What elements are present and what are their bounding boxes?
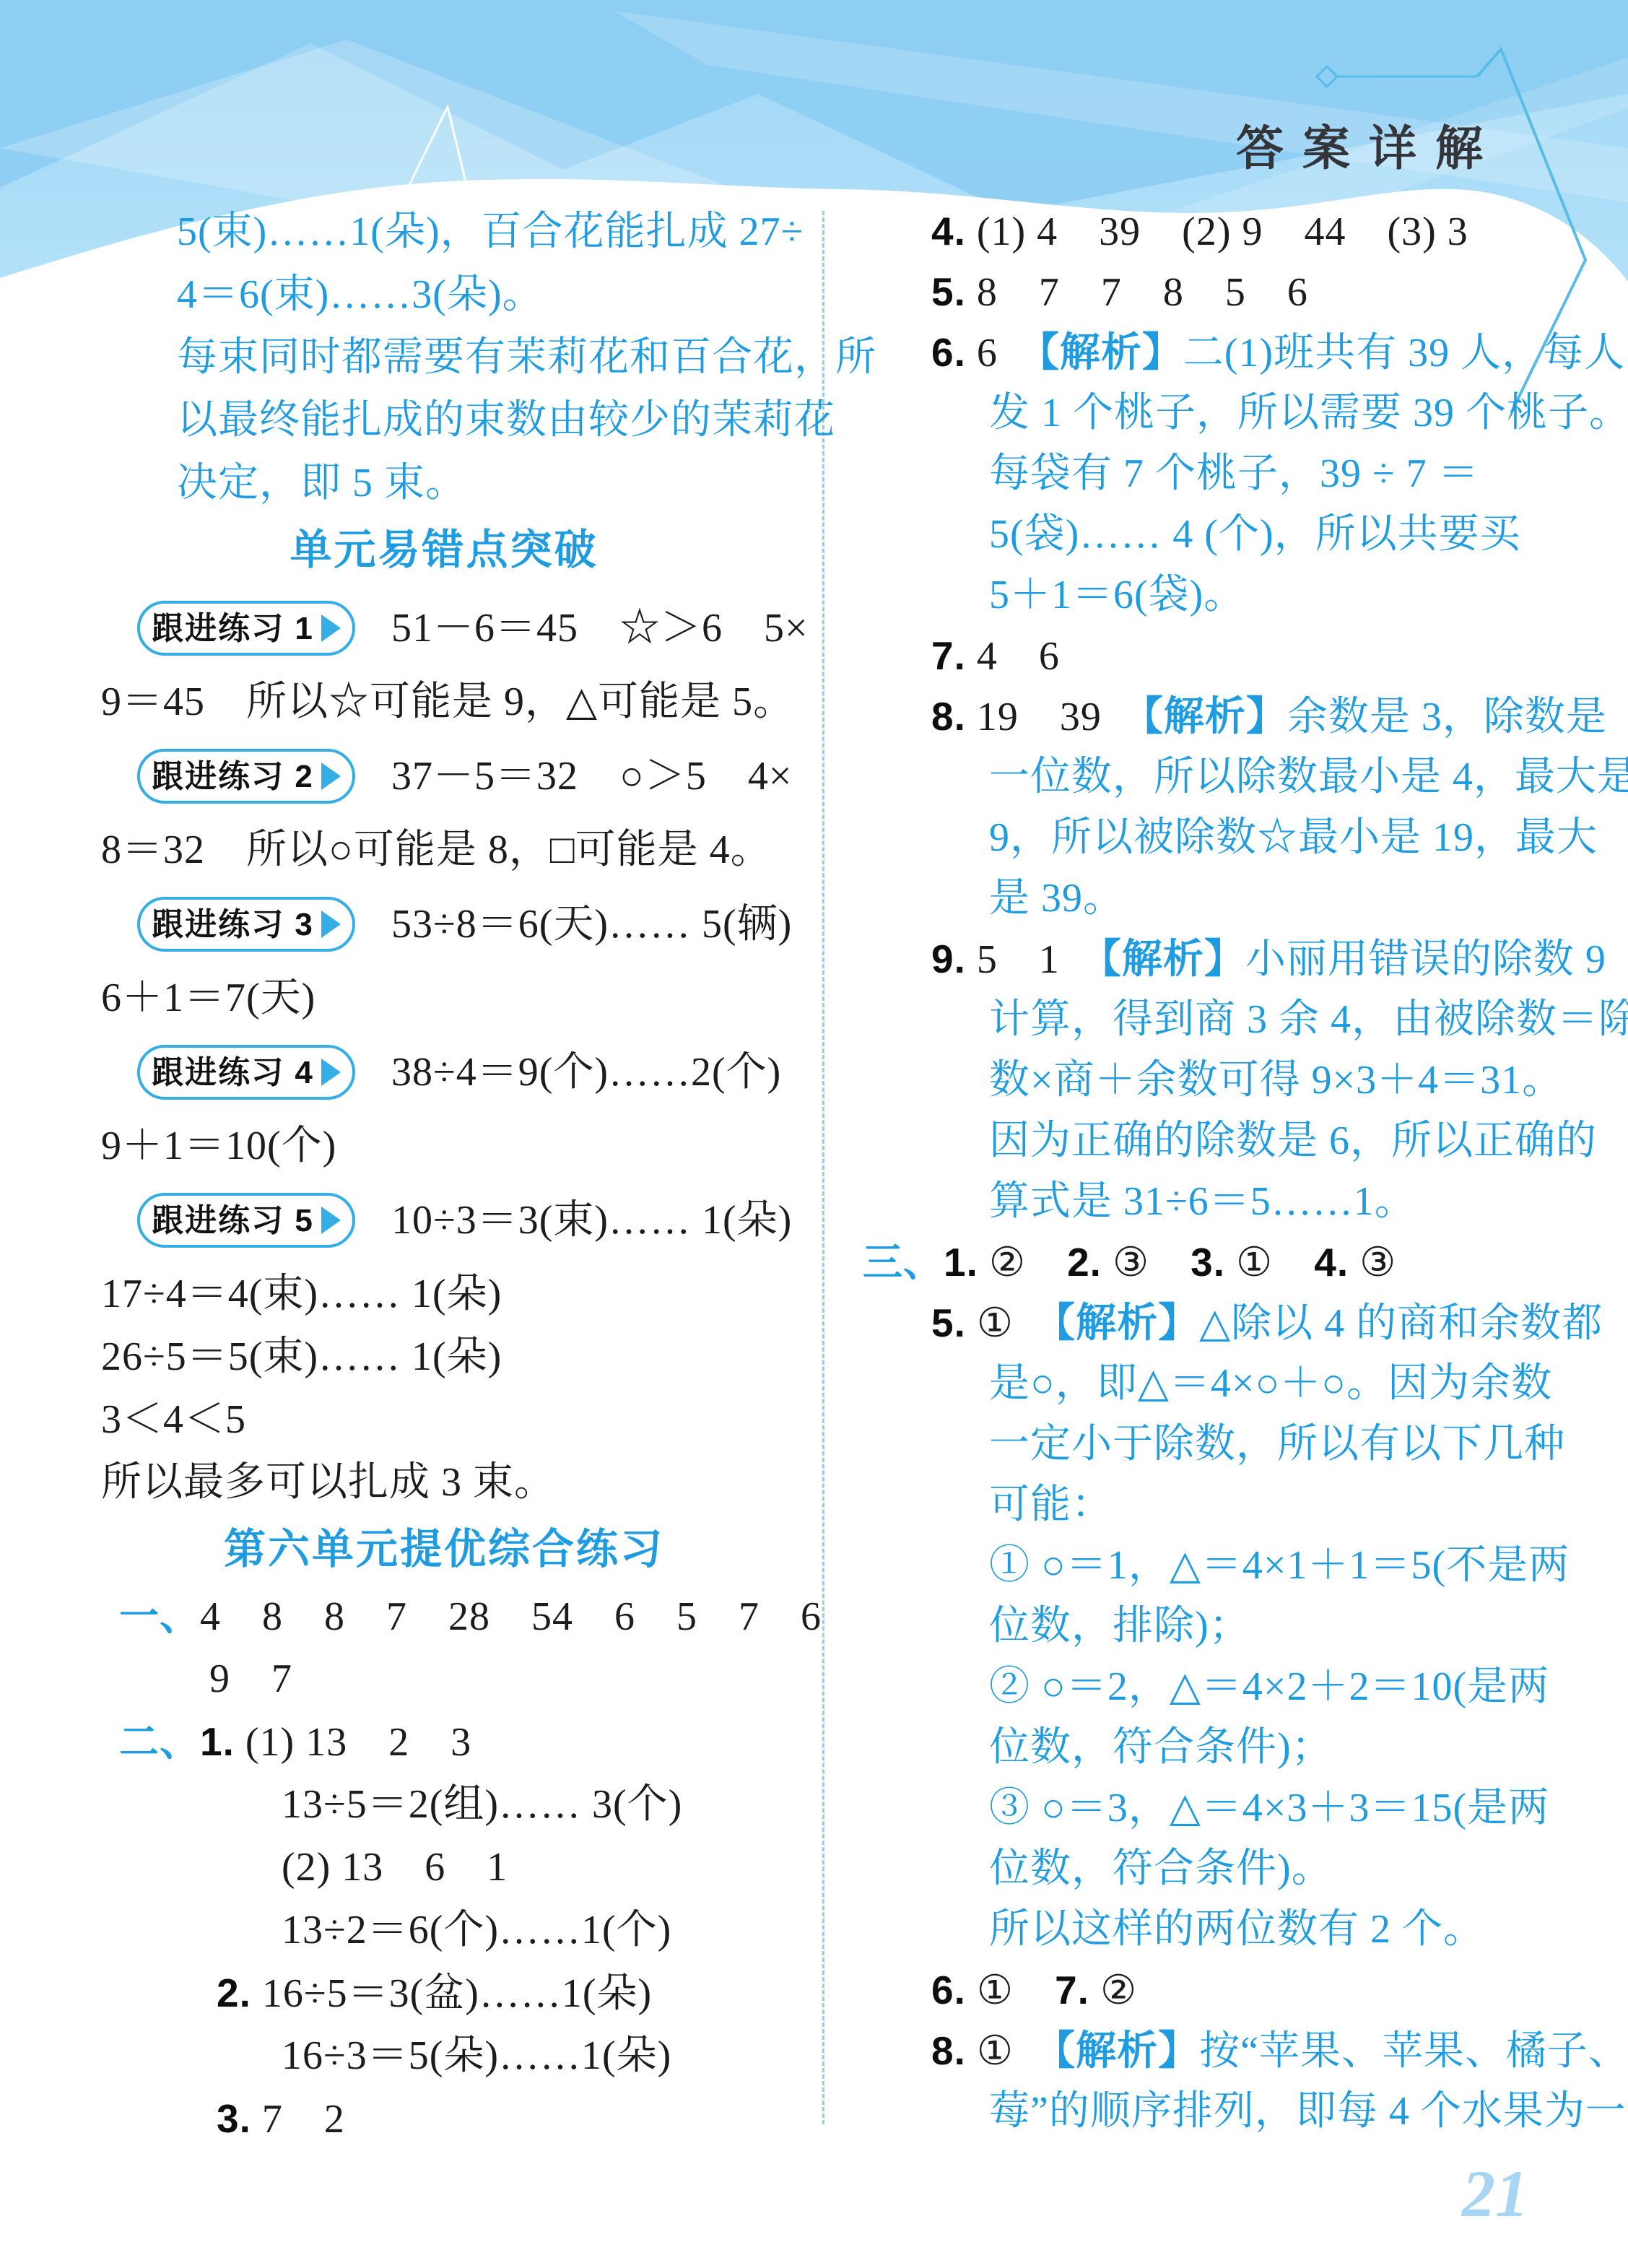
answer-text-segment: 9，所以被除数☆最小是 19，最大: [989, 815, 1598, 860]
answer-row: 所以最多可以扎成 3 束。: [101, 1451, 787, 1514]
practice-badge: 跟进练习 2: [137, 749, 355, 804]
answer-row: 9＋1＝10(个): [101, 1115, 787, 1178]
answer-text-segment: 位数，排除)；: [989, 1604, 1250, 1648]
answer-text-segment: 16÷5＝3(盆)……1(朵): [251, 1971, 652, 2016]
badge-answer-text: 37－5＝32 ○＞5 4×: [391, 745, 792, 808]
answer-text-segment: 4 6: [966, 634, 1060, 679]
answer-text-segment: 9＋1＝10(个): [101, 1124, 336, 1168]
answer-text-segment: 每束同时都需要有茉莉花和百合花，所: [177, 335, 876, 380]
answer-text-segment: 按“苹果、苹果、橘子、草: [1199, 2029, 1628, 2074]
answer-text-segment: 4＝6(束)……3(朵)。: [177, 272, 544, 317]
answer-row: 是○，即△＝4×○＋○。因为余数: [863, 1353, 1596, 1414]
answer-text-segment: 1.: [200, 1719, 235, 1764]
badge-answer-text: 53÷8＝6(天)…… 5(辆): [391, 893, 792, 956]
answer-text-segment: 6.: [931, 1968, 966, 2012]
answer-text-segment: ③ ○＝3，△＝4×3＋3＝15(是两: [989, 1786, 1549, 1830]
section-heading: 单元易错点突破: [101, 515, 787, 586]
answer-text-segment: 算式是 31÷6＝5……1。: [989, 1179, 1416, 1224]
answer-text-segment: 余数是 3，除数是: [1287, 695, 1607, 739]
answer-text-segment: 是 39。: [989, 876, 1124, 921]
badge-answer-text: 51－6＝45 ☆＞6 5×: [391, 597, 809, 660]
answer-text-segment: 4.: [1314, 1240, 1349, 1285]
answer-text-segment: 2.: [1067, 1240, 1102, 1285]
answer-row: 5(袋)…… 4 (个)，所以共要买: [863, 504, 1596, 565]
answer-text-segment: 13÷2＝6(个)……1(个): [282, 1908, 671, 1952]
practice-badge: 跟进练习 4: [137, 1045, 355, 1100]
answer-text-segment: 5(束)……1(朵)，百合花能扎成 27÷: [177, 209, 804, 254]
answer-text-segment: ③: [1349, 1241, 1396, 1285]
answer-row: 莓”的顺序排列，即每 4 个水果为一: [863, 2081, 1596, 2142]
answer-text-segment: ③: [1102, 1241, 1190, 1285]
answer-row: 所以这样的两位数有 2 个。: [863, 1899, 1596, 1960]
answer-text-segment: 因为正确的除数是 6，所以正确的: [989, 1118, 1597, 1163]
answer-text-segment: ①: [966, 2029, 1055, 2074]
answer-row: 9 7: [101, 1648, 787, 1711]
answer-row: 三、1. ② 2. ③ 3. ① 4. ③: [863, 1232, 1596, 1292]
answer-text-segment: 以最终能扎成的束数由较少的茉莉花: [177, 398, 835, 443]
answer-text-segment: 19 39: [966, 695, 1143, 739]
answer-text-segment: △除以 4 的商和余数都: [1199, 1301, 1603, 1346]
answer-text-segment: 【解析】: [1101, 937, 1245, 982]
answer-text-segment: 9 7: [209, 1656, 292, 1701]
answer-text-segment: 8＝32 所以○可能是 8，□可能是 4。: [101, 827, 772, 872]
answer-row: 一定小于除数，所以有以下几种: [863, 1414, 1596, 1474]
play-arrow-icon: [321, 762, 341, 790]
answer-text-segment: 6: [966, 331, 1039, 375]
answer-text-segment: 5(袋)…… 4 (个)，所以共要买: [989, 512, 1521, 557]
answer-row: 5. ① 【解析】△除以 4 的商和余数都: [863, 1292, 1596, 1353]
answer-text-segment: 可能：: [989, 1482, 1113, 1527]
answer-text-segment: 发 1 个桃子，所以需要 39 个桃子。: [989, 391, 1628, 435]
answer-row: 26÷5＝5(束)…… 1(朵): [101, 1326, 787, 1389]
answer-text-segment: 5.: [931, 269, 966, 314]
answer-text-segment: 8.: [931, 694, 966, 739]
answer-row: 13÷2＝6(个)……1(个): [101, 1899, 787, 1962]
answer-row: 计算，得到商 3 余 4，由被除数＝除: [863, 989, 1596, 1050]
answer-text-segment: 13÷5＝2(组)…… 3(个): [282, 1782, 682, 1827]
practice-badge: 跟进练习 5: [137, 1193, 355, 1248]
right-column: 4. (1) 4 39 (2) 9 44 (3) 35. 8 7 7 8 5 6…: [863, 201, 1596, 2142]
answer-text-segment: 26÷5＝5(束)…… 1(朵): [101, 1334, 502, 1379]
answer-row: 9. 5 1 【解析】小丽用错误的除数 9: [863, 929, 1596, 989]
answer-row: 7. 4 6: [863, 625, 1596, 686]
answer-text-segment: ①: [966, 1968, 1055, 2013]
answer-row: 一位数，所以除数最小是 4，最大是: [863, 747, 1596, 807]
answer-row: 位数，符合条件)。: [863, 1838, 1596, 1899]
answer-text-segment: 6.: [931, 330, 966, 375]
answer-text-segment: 决定，即 5 束。: [177, 461, 466, 505]
practice-badge-row: 跟进练习 438÷4＝9(个)……2(个): [101, 1030, 787, 1115]
answer-text-segment: 1.: [944, 1240, 978, 1285]
answer-text-segment: 3＜4＜5: [101, 1397, 246, 1442]
answer-row: 6. 6 【解析】二(1)班共有 39 人，每人: [863, 322, 1596, 383]
answer-text-segment: 一位数，所以除数最小是 4，最大是: [989, 755, 1628, 799]
answer-text-segment: 3.: [1190, 1240, 1225, 1285]
answer-row: 6＋1＝7(天): [101, 967, 787, 1030]
answer-row: 可能：: [863, 1474, 1596, 1535]
answer-text-segment: 9＝45 所以☆可能是 9，△可能是 5。: [101, 679, 794, 724]
answer-row: 5＋1＝6(袋)。: [863, 565, 1596, 625]
answer-text-segment: 16÷3＝5(朵)……1(朵): [282, 2033, 671, 2078]
practice-badge-row: 跟进练习 237－5＝32 ○＞5 4×: [101, 734, 787, 819]
answer-row: 每束同时都需要有茉莉花和百合花，所: [101, 326, 787, 389]
answer-text-segment: 5 1: [966, 937, 1101, 982]
answer-row: 9，所以被除数☆最小是 19，最大: [863, 807, 1596, 868]
play-arrow-icon: [321, 614, 341, 642]
answer-row: 5(束)……1(朵)，百合花能扎成 27÷: [101, 201, 787, 264]
answer-row: (2) 13 6 1: [101, 1836, 787, 1899]
practice-badge-label: 跟进练习 4: [152, 1041, 314, 1104]
workbook-answer-page: 答案详解 5(束)……1(朵)，百合花能扎成 27÷4＝6(束)……3(朵)。每…: [0, 0, 1628, 2268]
answer-row: ③ ○＝3，△＝4×3＋3＝15(是两: [863, 1778, 1596, 1838]
answer-row: 算式是 31÷6＝5……1。: [863, 1171, 1596, 1232]
answer-text-segment: 3.: [217, 2096, 251, 2141]
answer-row: 因为正确的除数是 6，所以正确的: [863, 1111, 1596, 1171]
answer-row: ① ○＝1，△＝4×1＋1＝5(不是两: [863, 1535, 1596, 1596]
answer-text-segment: ①: [1225, 1241, 1314, 1285]
answer-text-segment: 计算，得到商 3 余 4，由被除数＝除: [989, 997, 1628, 1042]
answer-text-segment: 9.: [931, 937, 966, 981]
answer-text-segment: 7 2: [251, 2097, 345, 2142]
answer-text-segment: 【解析】: [1143, 695, 1287, 739]
answer-text-segment: 二(1)班共有 39 人，每人: [1183, 331, 1625, 375]
answer-text-segment: 位数，符合条件)；: [989, 1725, 1333, 1770]
answer-text-segment: (2) 13 6 1: [282, 1845, 508, 1890]
answer-text-segment: 2.: [217, 1971, 251, 2015]
answer-text-segment: 17÷4＝4(束)…… 1(朵): [101, 1272, 502, 1316]
answer-text-segment: 【解析】: [1055, 1301, 1199, 1346]
answer-row: ② ○＝2，△＝4×2＋2＝10(是两: [863, 1656, 1596, 1717]
answer-text-segment: 8 7 7 8 5 6: [966, 270, 1308, 315]
practice-badge-label: 跟进练习 5: [152, 1189, 314, 1252]
answer-text-segment: 6＋1＝7(天): [101, 976, 315, 1020]
practice-badge: 跟进练习 3: [137, 897, 355, 952]
answer-text-segment: 位数，符合条件)。: [989, 1846, 1333, 1891]
play-arrow-icon: [321, 1207, 341, 1234]
answer-text-segment: 一、: [119, 1594, 200, 1638]
answer-row: 6. ① 7. ②: [863, 1960, 1596, 2020]
answer-text-segment: 二、: [119, 1719, 200, 1764]
answer-text-segment: (1) 4 39 (2) 9 44 (3) 3: [966, 209, 1468, 254]
answer-row: 16÷3＝5(朵)……1(朵): [101, 2025, 787, 2087]
practice-badge-row: 跟进练习 353÷8＝6(天)…… 5(辆): [101, 882, 787, 967]
answer-text-segment: 每袋有 7 个桃子，39 ÷ 7 ＝: [989, 451, 1479, 496]
answer-row: 8. 19 39 【解析】余数是 3，除数是: [863, 686, 1596, 747]
answer-row: 发 1 个桃子，所以需要 39 个桃子。: [863, 383, 1596, 443]
play-arrow-icon: [321, 1059, 341, 1086]
answer-text-segment: 5.: [931, 1300, 966, 1345]
answer-text-segment: 小丽用错误的除数 9: [1245, 937, 1606, 982]
answer-text-segment: 一定小于除数，所以有以下几种: [989, 1422, 1565, 1467]
answer-text-segment: 7.: [931, 633, 966, 678]
answer-text-segment: ①: [966, 1301, 1055, 1346]
answer-text-segment: 数×商＋余数可得 9×3＋4＝31。: [989, 1058, 1563, 1103]
practice-badge-label: 跟进练习 1: [152, 597, 314, 660]
practice-badge-row: 跟进练习 151－6＝45 ☆＞6 5×: [101, 586, 787, 671]
answer-text-segment: 【解析】: [1039, 331, 1183, 375]
answer-row: 5. 8 7 7 8 5 6: [863, 261, 1596, 322]
answer-row: 一、4 8 8 7 28 54 6 5 7 6: [101, 1585, 787, 1648]
answer-text-segment: 所以最多可以扎成 3 束。: [101, 1460, 555, 1505]
answer-text-segment: ② ○＝2，△＝4×2＋2＝10(是两: [989, 1664, 1549, 1709]
section-heading: 第六单元提优综合练习: [101, 1514, 787, 1585]
badge-answer-text: 10÷3＝3(束)…… 1(朵): [391, 1189, 792, 1252]
answer-row: 8＝32 所以○可能是 8，□可能是 4。: [101, 819, 787, 882]
answer-row: 13÷5＝2(组)…… 3(个): [101, 1773, 787, 1836]
answer-row: 以最终能扎成的束数由较少的茉莉花: [101, 389, 787, 452]
answer-row: 二、1. (1) 13 2 3: [101, 1711, 787, 1773]
answer-text-segment: 5＋1＝6(袋)。: [989, 573, 1245, 617]
left-column: 5(束)……1(朵)，百合花能扎成 27÷4＝6(束)……3(朵)。每束同时都需…: [101, 201, 787, 2150]
answer-text-segment: ① ○＝1，△＝4×1＋1＝5(不是两: [989, 1543, 1570, 1588]
answer-text-segment: 7.: [1055, 1968, 1089, 2012]
answer-text-segment: ②: [978, 1241, 1067, 1285]
answer-row: 决定，即 5 束。: [101, 452, 787, 515]
page-number: 21: [1462, 2155, 1528, 2232]
answer-text-segment: 所以这样的两位数有 2 个。: [989, 1907, 1484, 1952]
answer-row: 2. 16÷5＝3(盆)……1(朵): [101, 1962, 787, 2025]
answer-row: 3＜4＜5: [101, 1389, 787, 1451]
answer-row: 3. 7 2: [101, 2087, 787, 2150]
answer-row: 数×商＋余数可得 9×3＋4＝31。: [863, 1050, 1596, 1111]
answer-text-segment: 是○，即△＝4×○＋○。因为余数: [989, 1361, 1552, 1406]
answer-text-segment: 莓”的顺序排列，即每 4 个水果为一: [989, 2089, 1627, 2134]
answer-text-segment: ②: [1089, 1968, 1137, 2013]
answer-row: 9＝45 所以☆可能是 9，△可能是 5。: [101, 671, 787, 734]
practice-badge-label: 跟进练习 2: [152, 745, 314, 808]
answer-text-segment: 三、: [863, 1240, 944, 1285]
answer-row: 每袋有 7 个桃子，39 ÷ 7 ＝: [863, 443, 1596, 504]
practice-badge: 跟进练习 1: [137, 601, 355, 656]
answer-text-segment: 4.: [931, 209, 966, 253]
practice-badge-label: 跟进练习 3: [152, 893, 314, 956]
answer-row: 17÷4＝4(束)…… 1(朵): [101, 1263, 787, 1326]
answer-row: 4. (1) 4 39 (2) 9 44 (3) 3: [863, 201, 1596, 261]
answer-row: 4＝6(束)……3(朵)。: [101, 264, 787, 326]
answer-text-segment: 8.: [931, 2028, 966, 2073]
play-arrow-icon: [321, 911, 341, 938]
answer-text-segment: 【解析】: [1055, 2029, 1199, 2074]
answer-row: 位数，排除)；: [863, 1596, 1596, 1656]
page-title: 答案详解: [1236, 110, 1502, 178]
column-divider: [822, 211, 824, 2124]
answer-text-segment: 4 8 8 7 28 54 6 5 7 6: [200, 1594, 822, 1639]
answer-row: 是 39。: [863, 868, 1596, 929]
answer-row: 8. ① 【解析】按“苹果、苹果、橘子、草: [863, 2020, 1596, 2081]
practice-badge-row: 跟进练习 510÷3＝3(束)…… 1(朵): [101, 1178, 787, 1263]
answer-text-segment: (1) 13 2 3: [235, 1720, 471, 1765]
answer-row: 位数，符合条件)；: [863, 1717, 1596, 1778]
badge-answer-text: 38÷4＝9(个)……2(个): [391, 1041, 781, 1104]
